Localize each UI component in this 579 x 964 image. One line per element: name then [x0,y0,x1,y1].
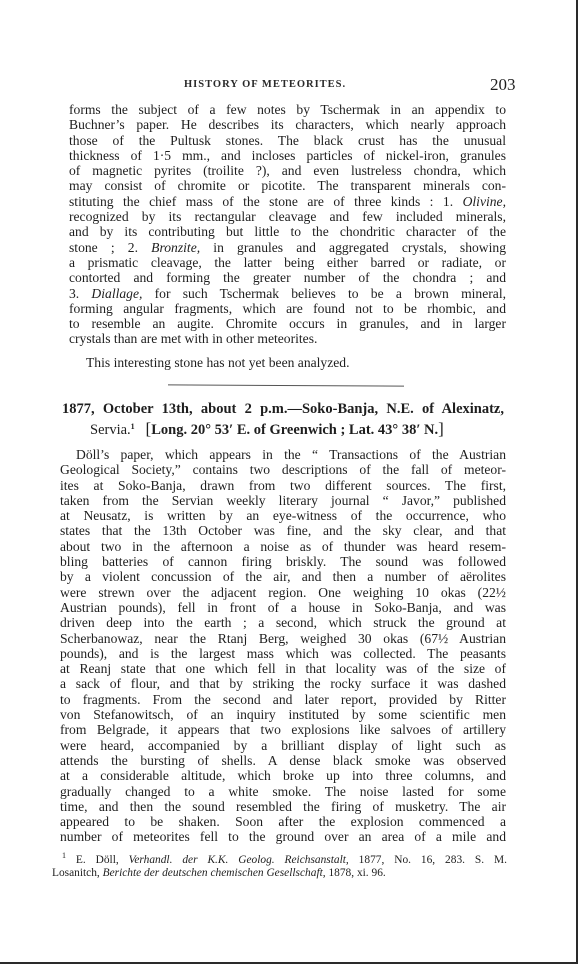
page-number: 203 [490,75,516,95]
mineral-bronzite: Bronzite, [151,240,200,255]
text-line: number of meteorites fell to the ground … [60,829,506,844]
text-span: 3. [69,286,91,301]
text-line: gradually changed to a white smoke. The … [60,784,506,799]
heading-coordinates-line: Servia.1 [Long. 20° 53′ E. of Greenwich … [62,419,504,440]
text-line: Scherbanowaz, near the Rtanj Berg, weigh… [60,631,506,646]
text-line: crystals than are met with in other mete… [69,331,506,346]
text-line: time, and then the sound resembled the f… [60,799,506,814]
text-line: taken from the Servian weekly literary j… [60,493,506,508]
mineral-diallage: Diallage, [91,286,142,301]
heading-coordinates: Long. 20° 53′ E. of Greenwich ; Lat. 43°… [151,422,438,438]
text-line: This interesting stone has not yet been … [70,355,510,370]
text-line: a prismatic cleavage, the latter being e… [69,255,506,270]
text-line: bling batteries of cannon firing briskly… [60,554,506,569]
text-line: appeared to be shaken. Soon after the ex… [60,814,506,829]
footnote-source: Verhandl. der K.K. Geolog. Reichsanstalt… [129,854,349,866]
text-line: contorted and forming the greater number… [69,270,506,285]
text-line: stone ; 2. Bronzite, in granules and agg… [69,240,506,255]
footnote-marker[interactable]: 1 [131,422,135,431]
text-line: ites at Soko-Banja, drawn from two diffe… [60,478,506,493]
heading-date-location: 1877, October 13th, about 2 p.m.—Soko-Ba… [62,400,504,419]
running-title: HISTORY OF METEORITES. [184,79,346,90]
text-line: states that the 13th October was fine, a… [60,523,506,538]
text-line: from Belgrade, it appears that two explo… [60,722,506,737]
footnote: 1 E. Döll, Verhandl. der K.K. Geolog. Re… [52,854,507,880]
bracket-close: ] [438,419,444,438]
text-line: and by its contributing but little to th… [69,224,506,239]
text-line: von Stefanowitsch, of an inquiry institu… [60,707,506,722]
text-line: Austrian pounds), fell in front of a hou… [60,600,506,615]
footnote-author: Losanitch, [52,867,103,879]
text-span: stituting the chief mass of the stone ar… [69,194,463,209]
text-line: may consist of chromite or picotite. The… [69,178,506,193]
text-line: to resemble an augite. Chromite occurs i… [69,316,506,331]
text-span: stone ; 2. [69,240,151,255]
text-line: by a violent concussion of the air, and … [60,569,506,584]
footnote-line: 1 E. Döll, Verhandl. der K.K. Geolog. Re… [52,854,507,867]
footnote-reference: 1878, xi. 96. [326,867,386,879]
section-divider [168,384,404,386]
mineral-olivine: Olivine, [463,194,506,209]
text-line: those of the Pultusk stones. The black c… [69,133,506,148]
text-span: in granules and aggregated crystals, sho… [200,240,506,255]
text-line: of magnetic pyrites (troilite ?), and ev… [69,163,506,178]
paragraph-analysis-note: This interesting stone has not yet been … [70,355,510,370]
footnote-reference: 1877, No. 16, 283. S. M. [349,854,507,866]
text-line: driven deep into the earth ; a second, w… [60,615,506,630]
text-line: were heard, accompanied by a brilliant d… [60,738,506,753]
running-head: HISTORY OF METEORITES. 203 [0,75,579,95]
text-line: 3. Diallage, for such Tschermak believes… [69,286,506,301]
footnote-source: Berichte der deutschen chemischen Gesell… [103,867,326,879]
section-heading: 1877, October 13th, about 2 p.m.—Soko-Ba… [62,400,504,440]
footnote-author: E. Döll, [66,854,129,866]
text-line: Buchner’s paper. He describes its charac… [69,117,506,132]
text-line: forms the subject of a few notes by Tsch… [69,102,506,117]
text-line: at a considerable altitude, which broke … [60,768,506,783]
paragraph-continued: forms the subject of a few notes by Tsch… [69,102,506,347]
text-line: Geological Society,” contains two descri… [60,462,506,477]
text-line: about two in the afternoon a noise as of… [60,539,506,554]
text-line: stituting the chief mass of the stone ar… [69,194,506,209]
text-line: pounds), and is the largest mass which w… [60,646,506,661]
paragraph-doll-report: Döll’s paper, which appears in the “ Tra… [60,447,506,845]
text-line: recognized by its rectangular cleavage a… [69,209,506,224]
text-line: to fragments. From the second and later … [60,692,506,707]
text-line: attends the bursting of shells. A dense … [60,753,506,768]
text-line: at Neusatz, is written by an eye-witness… [60,508,506,523]
text-line: a sack of flour, and that by striking th… [60,676,506,691]
text-span: for such Tschermak believes to be a brow… [142,286,506,301]
text-line: forming angular fragments, which are fou… [69,301,506,316]
text-line: were strewn over the adjacent region. On… [60,585,506,600]
footnote-line: Losanitch, Berichte der deutschen chemis… [52,867,507,880]
book-page: HISTORY OF METEORITES. 203 forms the sub… [0,0,578,964]
text-line: Döll’s paper, which appears in the “ Tra… [60,447,506,462]
heading-place: Servia. [90,422,131,438]
text-line: thickness of 1·5 mm., and incloses parti… [69,148,506,163]
text-line: at Reanj state that one which fell in th… [60,661,506,676]
